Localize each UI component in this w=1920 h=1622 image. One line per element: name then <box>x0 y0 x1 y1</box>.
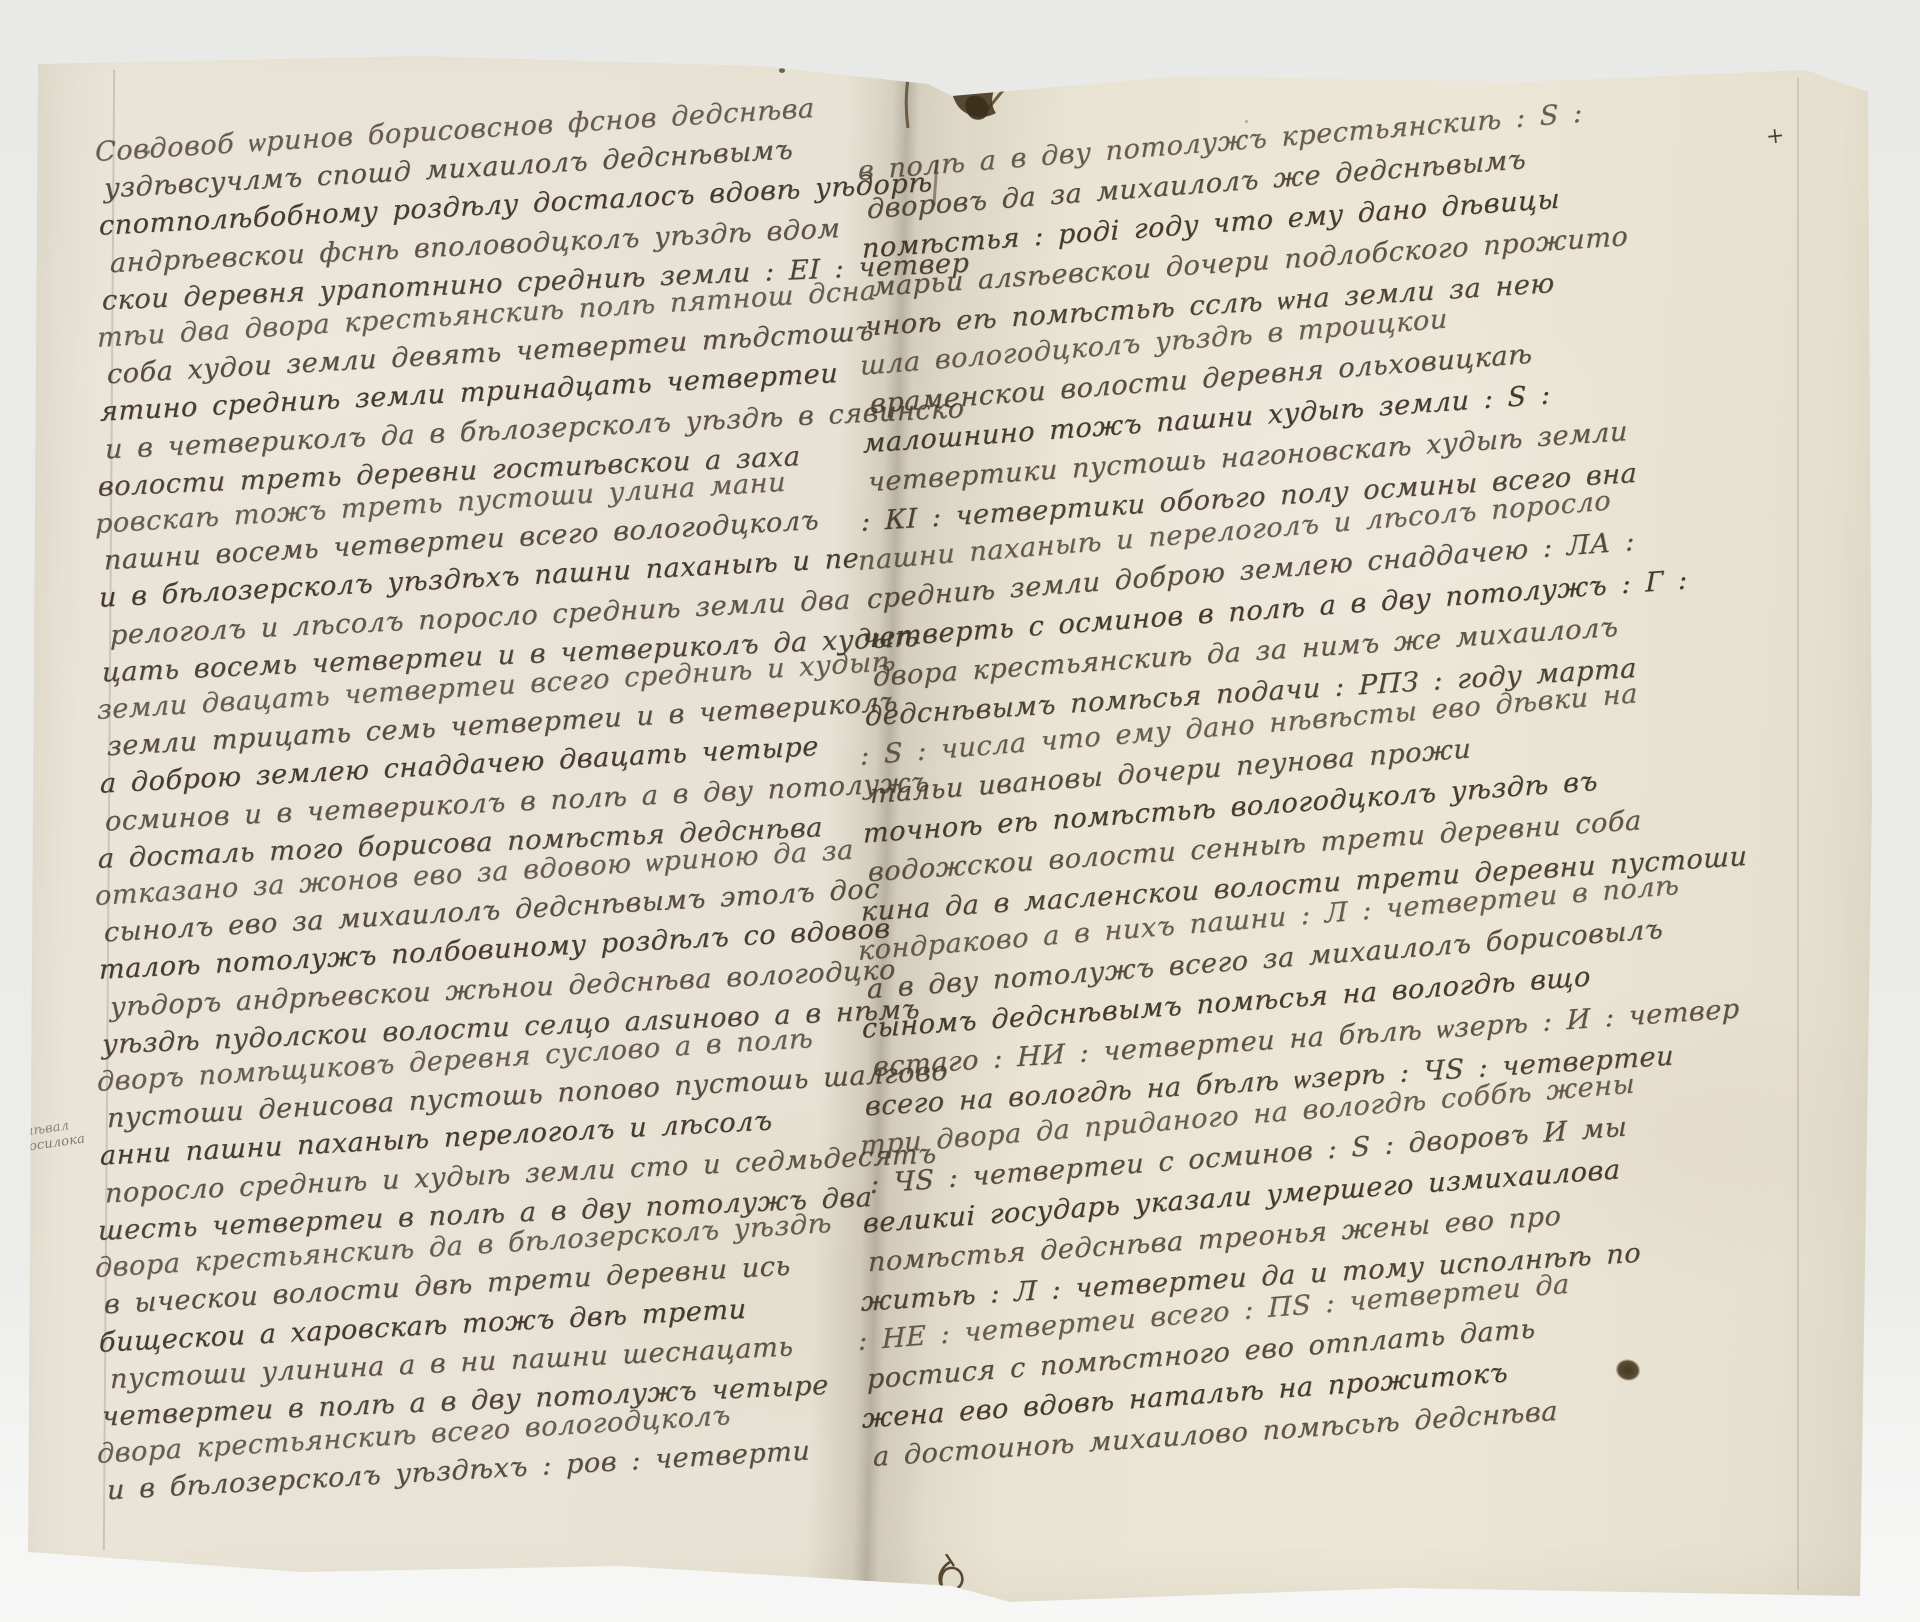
manuscript-sheet: Совдовоб ѡринов борисовснов фснов дедснѣ… <box>0 0 1920 1622</box>
binding-stitch-icon <box>916 1554 1008 1622</box>
ink-speck <box>779 68 785 73</box>
right-page-text: в полѣ а в дву потолужъ крестьянскиѣ : Ѕ… <box>858 88 1747 1478</box>
corner-cross-mark: + <box>1765 123 1786 150</box>
fold-crease-right <box>1797 78 1799 1590</box>
scanned-manuscript: Совдовоб ѡринов борисовснов фснов дедснѣ… <box>0 0 1920 1622</box>
left-page-text: Совдовоб ѡринов борисовснов фснов дедснѣ… <box>95 88 969 1510</box>
